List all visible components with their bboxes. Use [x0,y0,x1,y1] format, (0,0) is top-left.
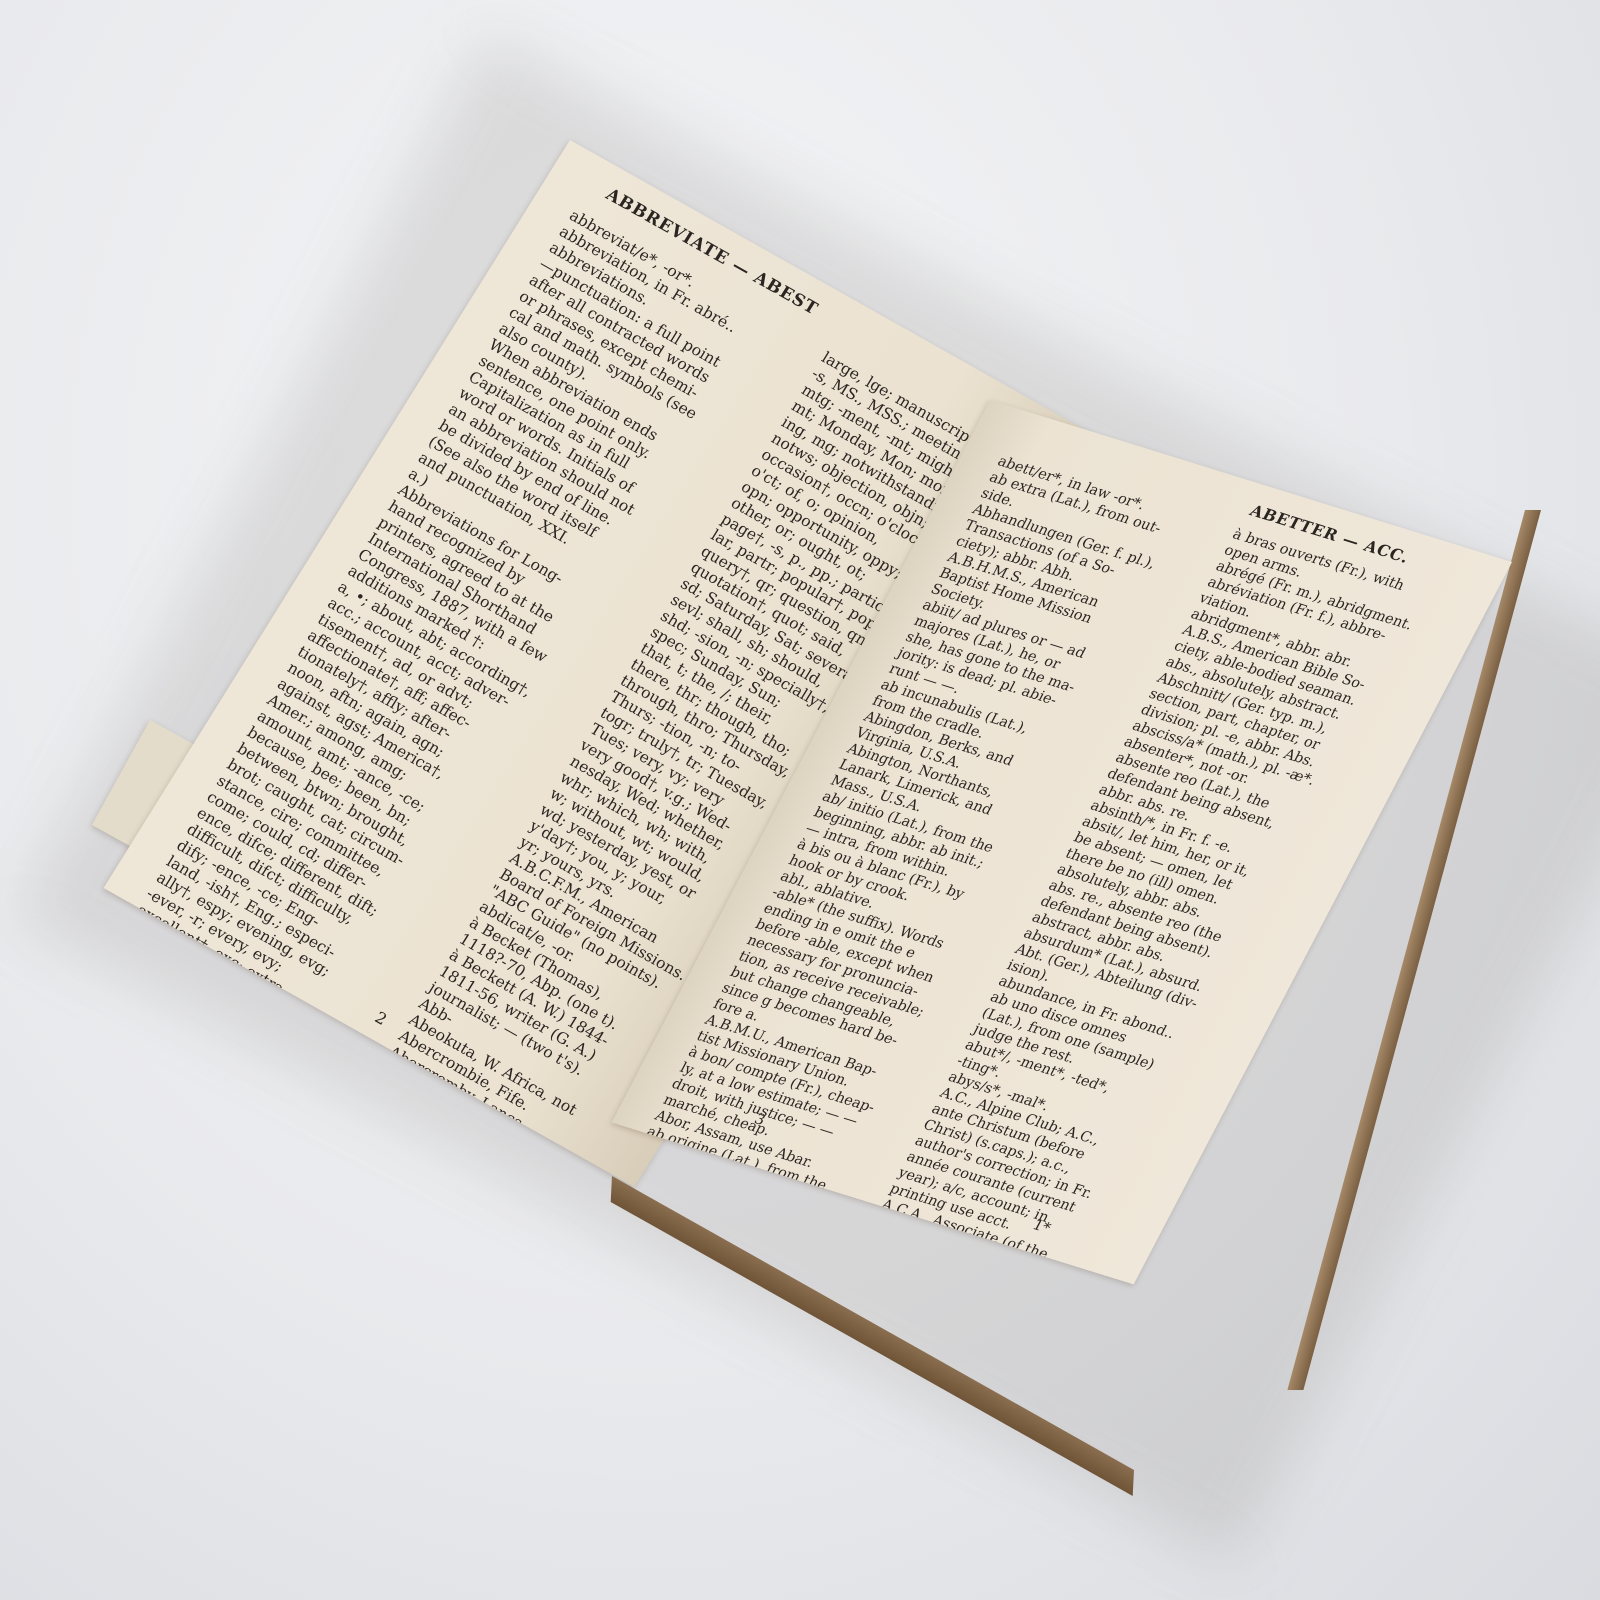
dictionary-line: -ith. [304,1172,498,1187]
dictionary-line: impt; -ing, -g; -ion, -n; [104,1030,253,1154]
